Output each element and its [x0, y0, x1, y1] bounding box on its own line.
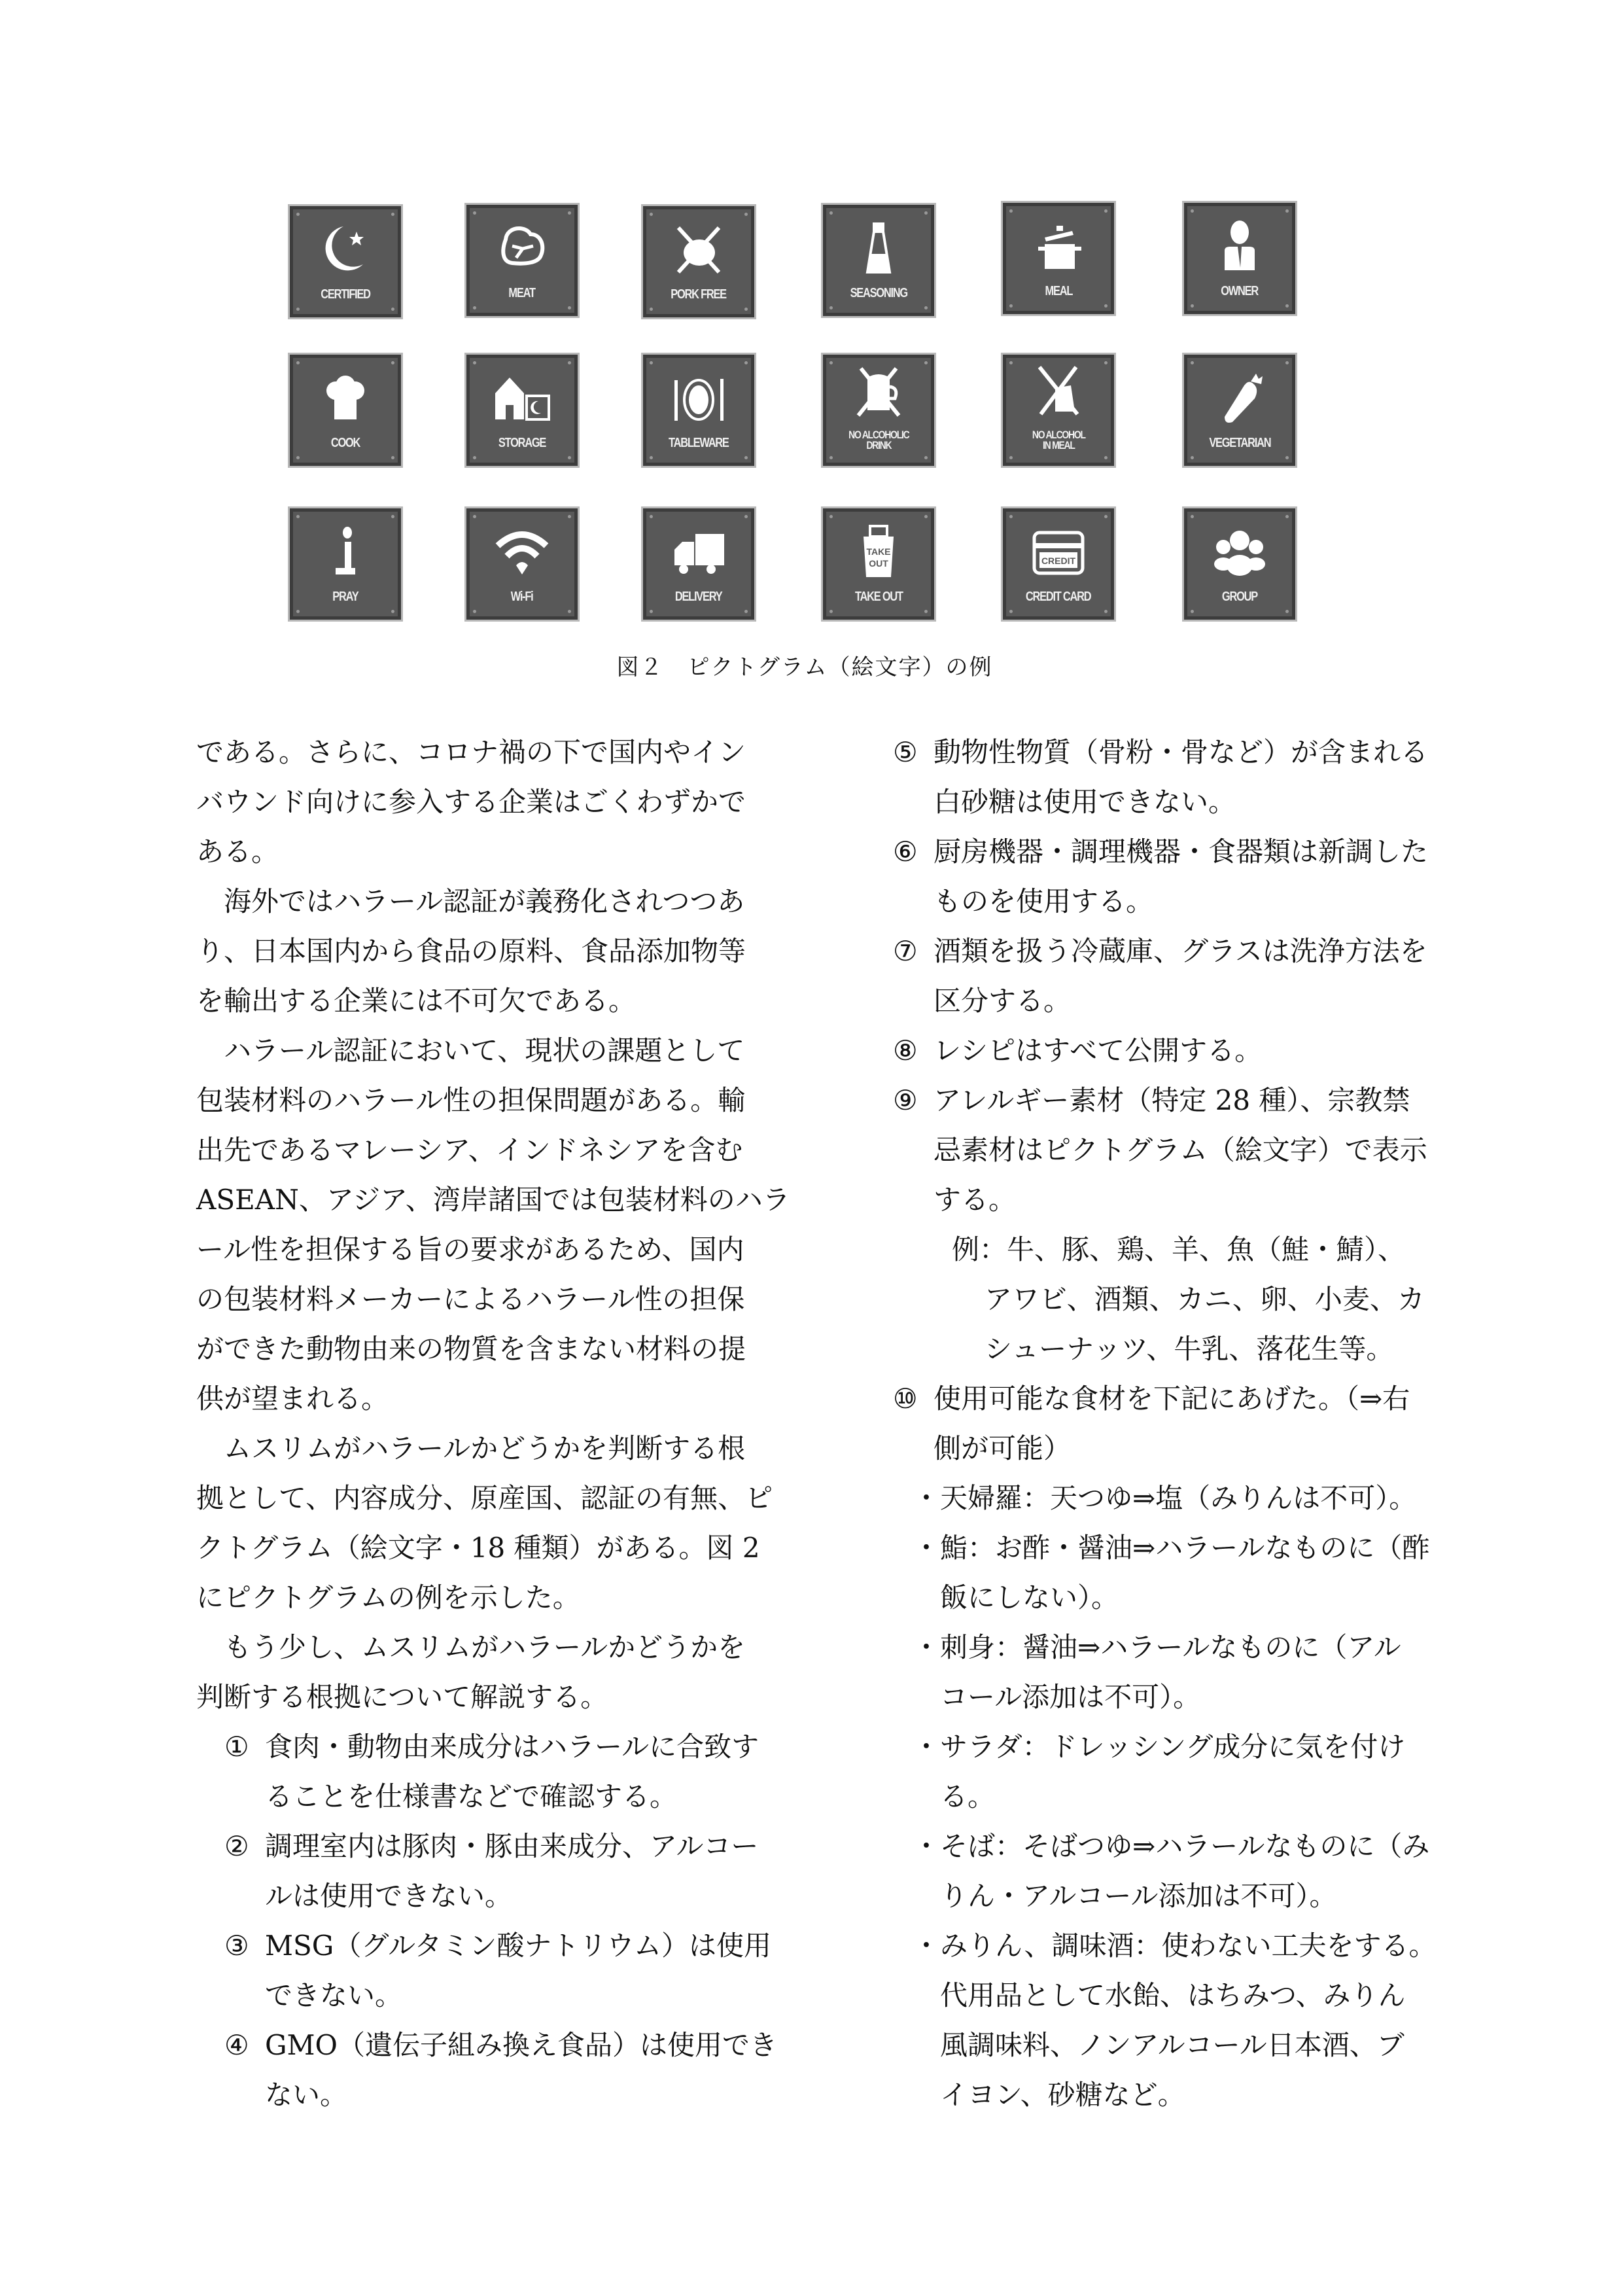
pictogram-label: NO ALCOHOLICDRINK: [848, 430, 909, 451]
right-column: ⑤動物性物質（骨粉・骨など）が含まれる 白砂糖は使用できない。 ⑥厨房機器・調理…: [860, 728, 1436, 2120]
list-item-1-cont: ることを仕様書などで確認する。: [196, 1772, 778, 1822]
pictogram-no-alcohol-in-meal: NO ALCOHOLIN MEAL: [1003, 355, 1114, 466]
pictogram-label: Wi-Fi: [511, 591, 533, 603]
list-item-3-cont: できない。: [196, 1971, 778, 2021]
list-item-5: ⑤動物性物質（骨粉・骨など）が含まれる: [860, 728, 1436, 777]
plate-cutlery-icon: [669, 370, 728, 429]
pictogram-label: CREDIT CARD: [1026, 591, 1091, 603]
paragraph-line: を輸出する企業には不可欠である。: [196, 976, 778, 1026]
no-alcohol-meal-icon: [1029, 364, 1088, 423]
pictogram-storage: STORAGE: [466, 355, 578, 466]
left-column: である。さらに、コロナ禍の下で国内やイン バウンド向けに参入する企業はごくわずか…: [196, 728, 778, 2120]
figure-2: CERTIFIED MEAT PORK FREE SEASONING MEAL …: [281, 196, 1328, 654]
svg-text:CREDIT: CREDIT: [1041, 556, 1076, 566]
list-item-8: ⑧レシピはすべて公開する。: [860, 1026, 1436, 1076]
bullet-item-cont: 飯にしない）。: [860, 1573, 1436, 1623]
bullet-item-cont: 代用品として水飴、はちみつ、みりん: [860, 1971, 1436, 2021]
pictogram-label: TAKE OUT: [855, 591, 903, 603]
bullet-item-cont: コール添加は不可）。: [860, 1672, 1436, 1722]
paragraph-line: 包装材料のハラール性の担保問題がある。輸: [196, 1076, 778, 1125]
pictogram-label: STORAGE: [498, 437, 546, 450]
bullet-item: ・刺身：醤油⇒ハラールなものに（アル: [860, 1623, 1436, 1672]
person-icon: [1210, 218, 1269, 277]
pictogram-owner: OWNER: [1184, 203, 1295, 314]
paragraph-line: 判断する根拠について解説する。: [196, 1672, 778, 1722]
pictogram-meat: MEAT: [466, 205, 578, 316]
pictogram-credit-card: CREDIT CREDIT CARD: [1003, 508, 1114, 620]
pictogram-certified: CERTIFIED: [290, 206, 401, 317]
list-item-9: ⑨アレルギー素材（特定 28 種）、宗教禁: [860, 1076, 1436, 1125]
pictogram-pork-free: PORK FREE: [643, 206, 754, 317]
paragraph-line: である。さらに、コロナ禍の下で国内やイン: [196, 728, 778, 777]
paragraph-line: バウンド向けに参入する企業はごくわずかで: [196, 777, 778, 827]
list-item-2: ②調理室内は豚肉・豚由来成分、アルコー: [196, 1822, 778, 1871]
paragraph-line: の包装材料メーカーによるハラール性の担保: [196, 1275, 778, 1324]
list-item-7-cont: 区分する。: [860, 976, 1436, 1026]
bullet-item-cont: る。: [860, 1772, 1436, 1822]
pictogram-pray: PRAY: [290, 508, 401, 620]
bullet-item-cont: イヨン、砂糖など。: [860, 2070, 1436, 2120]
pictogram-label: TABLEWARE: [669, 437, 729, 450]
paragraph-line: ができた動物由来の物質を含まない材料の提: [196, 1324, 778, 1374]
pictogram-label: SEASONING: [850, 287, 907, 300]
paragraph-line: クトグラム（絵文字・18 種類）がある。図 2: [196, 1523, 778, 1573]
pictogram-label: CERTIFIED: [321, 289, 370, 301]
list-item-3: ③MSG（グルタミン酸ナトリウム）は使用: [196, 1921, 778, 1971]
list-item-9-cont: する。: [860, 1175, 1436, 1225]
pictogram-tableware: TABLEWARE: [643, 355, 754, 466]
example-line: シューナッツ、牛乳、落花生等。: [860, 1324, 1436, 1374]
pictogram-no-alcoholic-drink: NO ALCOHOLICDRINK: [823, 355, 934, 466]
list-item-7: ⑦酒類を扱う冷蔵庫、グラスは洗浄方法を: [860, 927, 1436, 976]
pray-icon: [316, 523, 375, 582]
bullet-item: ・天婦羅：天つゆ⇒塩（みりんは不可）。: [860, 1474, 1436, 1523]
list-item-6: ⑥厨房機器・調理機器・食器類は新調した: [860, 827, 1436, 877]
pictogram-label: DELIVERY: [675, 591, 722, 603]
bullet-item: ・サラダ：ドレッシング成分に気を付け: [860, 1722, 1436, 1772]
pictogram-delivery: DELIVERY: [643, 508, 754, 620]
list-item-5-cont: 白砂糖は使用できない。: [860, 777, 1436, 827]
crescent-star-icon: [316, 221, 375, 280]
list-item-4-cont: ない。: [196, 2070, 778, 2120]
house-icon: [493, 370, 551, 429]
pictogram-label: OWNER: [1221, 285, 1259, 298]
pictogram-grid: CERTIFIED MEAT PORK FREE SEASONING MEAL …: [281, 196, 1328, 654]
list-item-10-cont: 側が可能）: [860, 1424, 1436, 1474]
paragraph-line: ール性を担保する旨の要求があるため、国内: [196, 1225, 778, 1275]
paragraph-line: ハラール認証において、現状の課題として: [196, 1026, 778, 1076]
bullet-item: ・みりん、調味酒：使わない工夫をする。: [860, 1921, 1436, 1971]
credit-card-icon: CREDIT: [1029, 523, 1088, 582]
pictogram-seasoning: SEASONING: [823, 205, 934, 316]
bullet-item-cont: りん・アルコール添加は不可）。: [860, 1871, 1436, 1921]
paragraph-line: ある。: [196, 827, 778, 877]
group-icon: [1210, 523, 1269, 582]
example-line: 例：牛、豚、鶏、羊、魚（鮭・鯖）、: [860, 1225, 1436, 1275]
pictogram-label: PORK FREE: [671, 289, 727, 301]
carrot-icon: [1210, 370, 1269, 429]
pictogram-meal: MEAL: [1003, 203, 1114, 314]
takeout-bag-icon: TAKEOUT: [849, 523, 908, 582]
svg-text:OUT: OUT: [869, 558, 888, 569]
list-item-1: ①食肉・動物由来成分はハラールに合致す: [196, 1722, 778, 1772]
figure-caption: 図２ ピクトグラム（絵文字）の例: [281, 649, 1328, 681]
pictogram-group: GROUP: [1184, 508, 1295, 620]
paragraph-line: ムスリムがハラールかどうかを判断する根: [196, 1424, 778, 1474]
pictogram-label: MEAT: [509, 287, 535, 300]
bottle-icon: [849, 220, 908, 279]
list-item-9-cont: 忌素材はピクトグラム（絵文字）で表示: [860, 1125, 1436, 1175]
pot-icon: [1029, 218, 1088, 277]
list-item-2-cont: ルは使用できない。: [196, 1871, 778, 1921]
example-line: アワビ、酒類、カニ、卵、小麦、カ: [860, 1275, 1436, 1324]
paragraph-line: にピクトグラムの例を示した。: [196, 1573, 778, 1623]
paragraph-line: り、日本国内から食品の原料、食品添加物等: [196, 927, 778, 976]
wifi-icon: [493, 523, 551, 582]
no-drink-icon: [849, 364, 908, 423]
bullet-item: ・鮨：お酢・醤油⇒ハラールなものに（酢: [860, 1523, 1436, 1573]
pictogram-wifi: Wi-Fi: [466, 508, 578, 620]
paragraph-line: ASEAN、アジア、湾岸諸国では包装材料のハラ: [196, 1175, 778, 1225]
pictogram-label: VEGETARIAN: [1209, 437, 1270, 450]
pictogram-vegetarian: VEGETARIAN: [1184, 355, 1295, 466]
paragraph-line: 海外ではハラール認証が義務化されつつあ: [196, 877, 778, 927]
pictogram-label: PRAY: [332, 591, 358, 603]
chef-hat-icon: [316, 370, 375, 429]
pictogram-label: GROUP: [1222, 591, 1257, 603]
list-item-6-cont: ものを使用する。: [860, 877, 1436, 927]
paragraph-line: 出先であるマレーシア、インドネシアを含む: [196, 1125, 778, 1175]
paragraph-line: 拠として、内容成分、原産国、認証の有無、ピ: [196, 1474, 778, 1523]
pictogram-cook: COOK: [290, 355, 401, 466]
paragraph-line: もう少し、ムスリムがハラールかどうかを: [196, 1623, 778, 1672]
pictogram-label: COOK: [331, 437, 360, 450]
list-item-4: ④GMO（遺伝子組み換え食品）は使用でき: [196, 2021, 778, 2070]
pictogram-take-out: TAKEOUT TAKE OUT: [823, 508, 934, 620]
list-item-10: ⑩使用可能な食材を下記にあげた。（⇒右: [860, 1374, 1436, 1424]
bullet-item-cont: 風調味料、ノンアルコール日本酒、ブ: [860, 2021, 1436, 2070]
svg-text:TAKE: TAKE: [866, 546, 890, 557]
steak-icon: [493, 220, 551, 279]
truck-icon: [669, 523, 728, 582]
paragraph-line: 供が望まれる。: [196, 1374, 778, 1424]
pictogram-label: MEAL: [1045, 285, 1072, 298]
bullet-item: ・そば：そばつゆ⇒ハラールなものに（み: [860, 1822, 1436, 1871]
no-pig-icon: [669, 221, 728, 280]
pictogram-label: NO ALCOHOLIN MEAL: [1032, 430, 1085, 451]
